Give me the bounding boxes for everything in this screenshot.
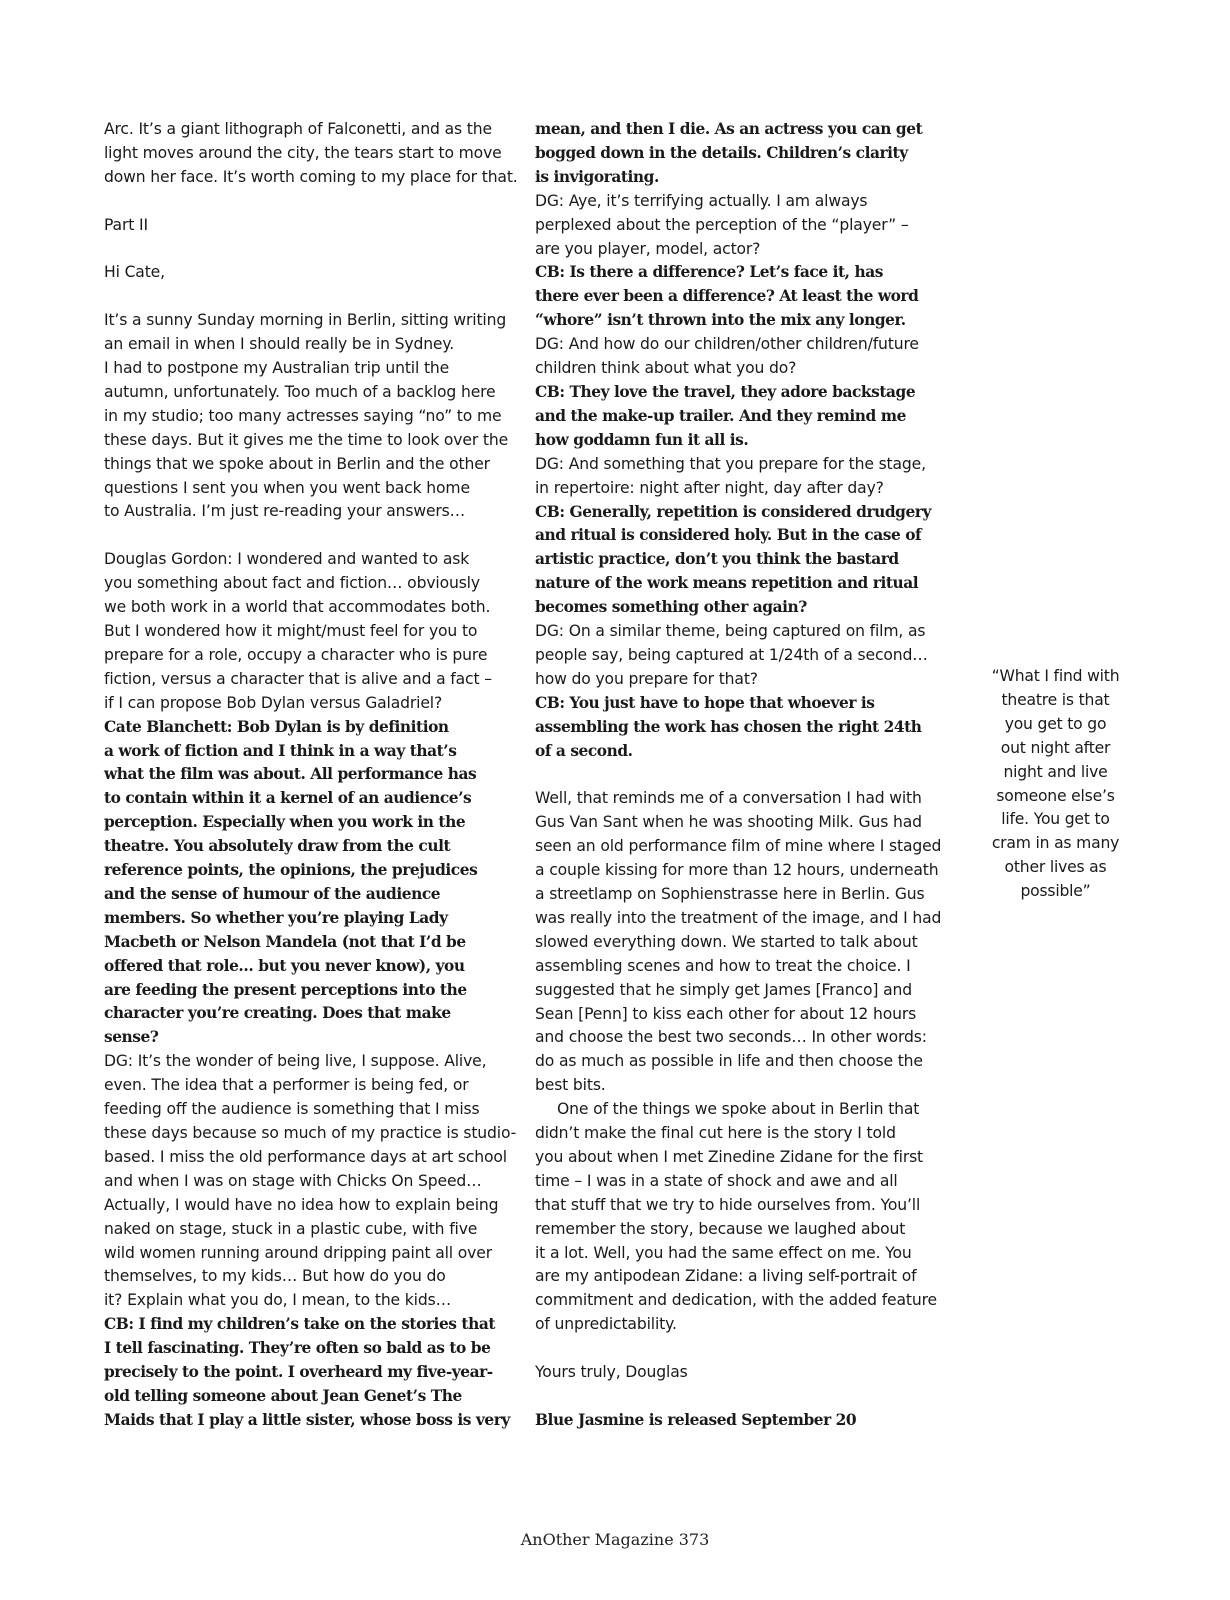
pull-quote-line: cram in as many	[978, 832, 1133, 856]
text-line: how do you prepare for that?	[535, 668, 965, 692]
text-line: wild women running around dripping paint…	[104, 1242, 534, 1266]
answer-paragraph: mean, and then I die. As an actress you …	[535, 118, 965, 190]
text-line: themselves, to my kids… But how do you d…	[104, 1265, 534, 1289]
paragraph: One of the things we spoke about in Berl…	[535, 1098, 965, 1337]
text-line: artistic practice, don’t you think the b…	[535, 548, 965, 572]
paragraph: DG: And something that you prepare for t…	[535, 453, 965, 501]
paragraph-spacer	[104, 190, 534, 214]
pull-quote-line: other lives as	[978, 856, 1133, 880]
text-line: Yours truly, Douglas	[535, 1361, 965, 1385]
text-line: to contain within it a kernel of an audi…	[104, 787, 534, 811]
text-line: what the film was about. All performance…	[104, 763, 534, 787]
text-line: Maids that I play a little sister, whose…	[104, 1409, 534, 1433]
text-line: time – I was in a state of shock and awe…	[535, 1170, 965, 1194]
pull-quote-line: out night after	[978, 737, 1133, 761]
text-line: a couple kissing for more than 12 hours,…	[535, 859, 965, 883]
pull-quote-line: someone else’s	[978, 785, 1133, 809]
text-line: One of the things we spoke about in Berl…	[535, 1098, 965, 1122]
pull-quote-line: theatre is that	[978, 689, 1133, 713]
text-line: and the sense of humour of the audience	[104, 883, 534, 907]
text-line: assembling the work has chosen the right…	[535, 716, 965, 740]
paragraph: Douglas Gordon: I wondered and wanted to…	[104, 548, 534, 715]
text-line: down her face. It’s worth coming to my p…	[104, 166, 534, 190]
text-line: fiction, versus a character that is aliv…	[104, 668, 534, 692]
text-line: that stuff that we try to hide ourselves…	[535, 1194, 965, 1218]
text-line: in my studio; too many actresses saying …	[104, 405, 534, 429]
text-line: Douglas Gordon: I wondered and wanted to…	[104, 548, 534, 572]
text-line: these days. But it gives me the time to …	[104, 429, 534, 453]
text-line: DG: Aye, it’s terrifying actually. I am …	[535, 190, 965, 214]
text-line: “whore” isn’t thrown into the mix any lo…	[535, 309, 965, 333]
text-line: and the make-up trailer. And they remind…	[535, 405, 965, 429]
text-line: CB: I find my children’s take on the sto…	[104, 1313, 534, 1337]
text-line: DG: It’s the wonder of being live, I sup…	[104, 1050, 534, 1074]
paragraph: Well, that reminds me of a conversation …	[535, 787, 965, 1098]
text-line: offered that role… but you never know), …	[104, 955, 534, 979]
answer-paragraph: CB: You just have to hope that whoever i…	[535, 692, 965, 764]
text-line: seen an old performance film of mine whe…	[535, 835, 965, 859]
text-line: Arc. It’s a giant lithograph of Falconet…	[104, 118, 534, 142]
text-line: questions I sent you when you went back …	[104, 477, 534, 501]
text-line: things that we spoke about in Berlin and…	[104, 453, 534, 477]
text-line: CB: Generally, repetition is considered …	[535, 501, 965, 525]
text-line: perception. Especially when you work in …	[104, 811, 534, 835]
answer-paragraph: CB: I find my children’s take on the sto…	[104, 1313, 534, 1433]
text-line: nature of the work means repetition and …	[535, 572, 965, 596]
text-line: and choose the best two seconds… In othe…	[535, 1026, 965, 1050]
pull-quote-line: “What I find with	[978, 665, 1133, 689]
text-line: and ritual is considered holy. But in th…	[535, 524, 965, 548]
pull-quote-line: life. You get to	[978, 808, 1133, 832]
paragraph-spacer	[535, 763, 965, 787]
text-line: of a second.	[535, 740, 965, 764]
text-line: bogged down in the details. Children’s c…	[535, 142, 965, 166]
text-line: naked on stage, stuck in a plastic cube,…	[104, 1218, 534, 1242]
text-line: Gus Van Sant when he was shooting Milk. …	[535, 811, 965, 835]
text-line: prepare for a role, occupy a character w…	[104, 644, 534, 668]
text-line: old telling someone about Jean Genet’s T…	[104, 1385, 534, 1409]
paragraph: Hi Cate,	[104, 261, 534, 285]
text-line: CB: You just have to hope that whoever i…	[535, 692, 965, 716]
text-line: perplexed about the perception of the “p…	[535, 214, 965, 238]
text-line: are my antipodean Zidane: a living self-…	[535, 1265, 965, 1289]
text-line: reference points, the opinions, the prej…	[104, 859, 534, 883]
text-line: members. So whether you’re playing Lady	[104, 907, 534, 931]
text-line: best bits.	[535, 1074, 965, 1098]
text-line: Cate Blanchett: Bob Dylan is by definiti…	[104, 716, 534, 740]
pull-quote-line: possible”	[978, 880, 1133, 904]
text-line: in repertoire: night after night, day af…	[535, 477, 965, 501]
pull-quote-line: night and live	[978, 761, 1133, 785]
answer-paragraph: CB: Generally, repetition is considered …	[535, 501, 965, 621]
answer-paragraph: Cate Blanchett: Bob Dylan is by definiti…	[104, 716, 534, 1051]
text-line: CB: Is there a difference? Let’s face it…	[535, 261, 965, 285]
text-line: we both work in a world that accommodate…	[104, 596, 534, 620]
text-line: theatre. You absolutely draw from the cu…	[104, 835, 534, 859]
paragraph-spacer	[535, 1337, 965, 1361]
text-line: slowed everything down. We started to ta…	[535, 931, 965, 955]
middle-column: mean, and then I die. As an actress you …	[535, 118, 965, 1433]
text-line: it? Explain what you do, I mean, to the …	[104, 1289, 534, 1313]
text-line: an email in when I should really be in S…	[104, 333, 534, 357]
text-line: light moves around the city, the tears s…	[104, 142, 534, 166]
paragraph: Arc. It’s a giant lithograph of Falconet…	[104, 118, 534, 190]
text-line: Blue Jasmine is released September 20	[535, 1409, 965, 1433]
text-line: precisely to the point. I overheard my f…	[104, 1361, 534, 1385]
text-line: a work of fiction and I think in a way t…	[104, 740, 534, 764]
text-line: of unpredictability.	[535, 1313, 965, 1337]
left-column: Arc. It’s a giant lithograph of Falconet…	[104, 118, 534, 1433]
text-line: sense?	[104, 1026, 534, 1050]
text-line: Actually, I would have no idea how to ex…	[104, 1194, 534, 1218]
text-line: Well, that reminds me of a conversation …	[535, 787, 965, 811]
paragraph: DG: It’s the wonder of being live, I sup…	[104, 1050, 534, 1313]
text-line: DG: And something that you prepare for t…	[535, 453, 965, 477]
answer-paragraph: CB: Is there a difference? Let’s face it…	[535, 261, 965, 333]
text-line: people say, being captured at 1/24th of …	[535, 644, 965, 668]
text-line: are you player, model, actor?	[535, 238, 965, 262]
text-line: to Australia. I’m just re-reading your a…	[104, 500, 534, 524]
text-line: Sean [Penn] to kiss each other for about…	[535, 1003, 965, 1027]
text-line: Part II	[104, 214, 534, 238]
text-line: feeding off the audience is something th…	[104, 1098, 534, 1122]
text-line: children think about what you do?	[535, 357, 965, 381]
paragraph: It’s a sunny Sunday morning in Berlin, s…	[104, 309, 534, 524]
text-line: DG: And how do our children/other childr…	[535, 333, 965, 357]
paragraph-spacer	[535, 1385, 965, 1409]
pull-quote: “What I find with theatre is that you ge…	[978, 665, 1133, 904]
text-line: Macbeth or Nelson Mandela (not that I’d …	[104, 931, 534, 955]
text-line: mean, and then I die. As an actress you …	[535, 118, 965, 142]
text-line: you something about fact and fiction… ob…	[104, 572, 534, 596]
text-line: commitment and dedication, with the adde…	[535, 1289, 965, 1313]
text-line: if I can propose Bob Dylan versus Galadr…	[104, 692, 534, 716]
text-line: But I wondered how it might/must feel fo…	[104, 620, 534, 644]
text-line: suggested that he simply get James [Fran…	[535, 979, 965, 1003]
text-line: didn’t make the final cut here is the st…	[535, 1122, 965, 1146]
text-line: are feeding the present perceptions into…	[104, 979, 534, 1003]
text-line: there ever been a difference? At least t…	[535, 285, 965, 309]
paragraph: Part II	[104, 214, 534, 238]
text-line: how goddamn fun it all is.	[535, 429, 965, 453]
text-line: remember the story, because we laughed a…	[535, 1218, 965, 1242]
answer-paragraph: CB: They love the travel, they adore bac…	[535, 381, 965, 453]
text-line: autumn, unfortunately. Too much of a bac…	[104, 381, 534, 405]
paragraph: DG: And how do our children/other childr…	[535, 333, 965, 381]
paragraph: Yours truly, Douglas	[535, 1361, 965, 1385]
text-line: becomes something other again?	[535, 596, 965, 620]
text-line: it a lot. Well, you had the same effect …	[535, 1242, 965, 1266]
text-line: even. The idea that a performer is being…	[104, 1074, 534, 1098]
paragraph-spacer	[104, 524, 534, 548]
answer-paragraph: Blue Jasmine is released September 20	[535, 1409, 965, 1433]
pull-quote-line: you get to go	[978, 713, 1133, 737]
text-line: I had to postpone my Australian trip unt…	[104, 357, 534, 381]
text-line: DG: On a similar theme, being captured o…	[535, 620, 965, 644]
text-line: It’s a sunny Sunday morning in Berlin, s…	[104, 309, 534, 333]
text-line: and when I was on stage with Chicks On S…	[104, 1170, 534, 1194]
text-line: character you’re creating. Does that mak…	[104, 1002, 534, 1026]
paragraph: DG: On a similar theme, being captured o…	[535, 620, 965, 692]
text-line: CB: They love the travel, they adore bac…	[535, 381, 965, 405]
paragraph-spacer	[104, 238, 534, 262]
text-line: you about when I met Zinedine Zidane for…	[535, 1146, 965, 1170]
text-line: based. I miss the old performance days a…	[104, 1146, 534, 1170]
text-line: is invigorating.	[535, 166, 965, 190]
text-line: assembling scenes and how to treat the c…	[535, 955, 965, 979]
text-line: these days because so much of my practic…	[104, 1122, 534, 1146]
paragraph-spacer	[104, 285, 534, 309]
text-line: I tell fascinating. They’re often so bal…	[104, 1337, 534, 1361]
text-line: a streetlamp on Sophienstrasse here in B…	[535, 883, 965, 907]
text-line: was really into the treatment of the ima…	[535, 907, 965, 931]
text-line: Hi Cate,	[104, 261, 534, 285]
text-line: do as much as possible in life and then …	[535, 1050, 965, 1074]
paragraph: DG: Aye, it’s terrifying actually. I am …	[535, 190, 965, 262]
page-folio: AnOther Magazine 373	[0, 1530, 1230, 1549]
